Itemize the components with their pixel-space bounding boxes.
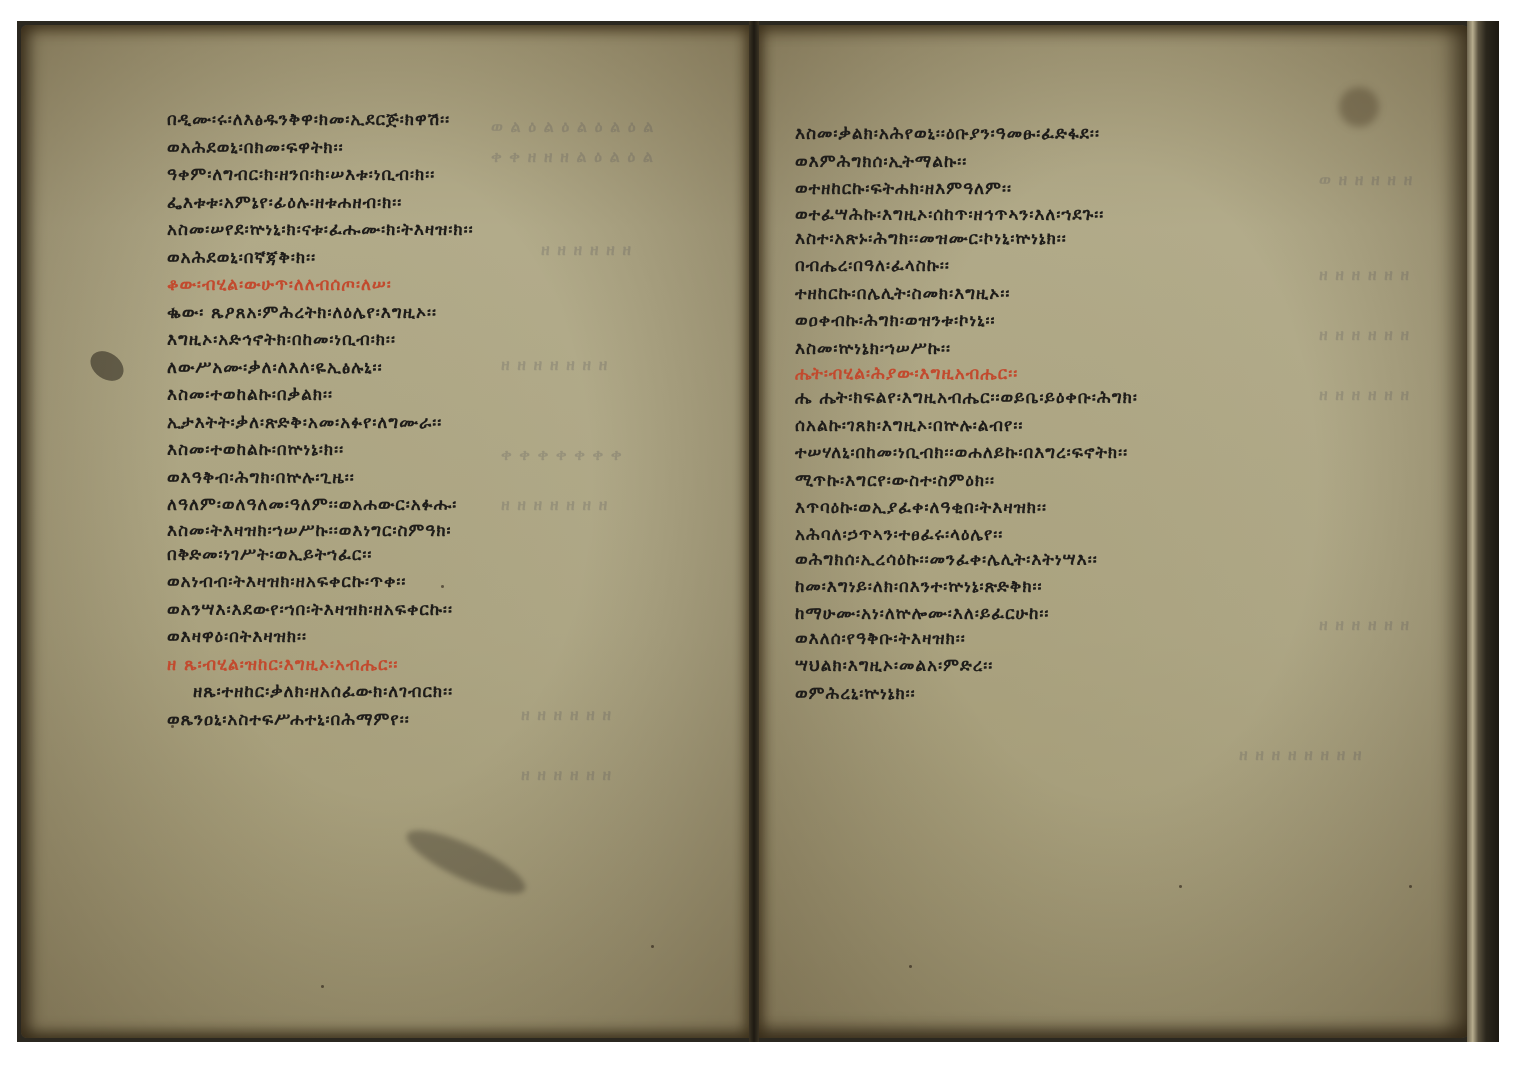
text-line: እስመ፡ትእዛዝክ፡ኀሠሥኩ፡፡ወእነግር፡ስምዓክ፡ xyxy=(167,520,474,542)
text-line: ወአነብብ፡ትእዛዝክ፡ዘአፍቀርኩ፡ጥቀ፡፡ xyxy=(167,569,474,597)
bleed-through-text: ዘ ዘ ዘ ዘ ዘ ዘ xyxy=(1319,325,1410,345)
text-line: ኢታእትት፡ቃለ፡ጽድቅ፡አመ፡አፉየ፡ለግሙራ፡፡ xyxy=(167,410,474,438)
text-line: ወዐቀብኩ፡ሕግክ፡ወዝንቱ፡ኮነኒ፡፡ xyxy=(795,308,1138,336)
text-line: ቈው፡ ጼዖጸአ፡ምሕረትክ፡ለዕሌየ፡እግዚኦ፡፡ xyxy=(167,300,474,328)
bleed-through-text: ዘ ዘ ዘ ዘ ዘ ዘ xyxy=(521,765,612,785)
text-line: በቅድመ፡ነገሥት፡ወኢይትኀፈር፡፡ xyxy=(167,542,474,570)
text-line: ተዘከርኩ፡በሌሊት፡ስመክ፡እግዚኦ፡፡ xyxy=(795,281,1138,309)
rubric-heading: ዘ ጼ፡ብሂል፡ዝከር፡እግዚኦ፡አብሔር፡፡ xyxy=(167,652,474,680)
text-line: ወእለሰ፡የዓቅቡ፡ትእዛዝክ፡፡ xyxy=(795,626,1138,654)
text-line: ለዓለም፡ወለዓለመ፡ዓለም፡፡ወአሐውር፡አፉሑ፡ xyxy=(167,492,474,520)
bleed-through-text: ዘ ዘ ዘ ዘ ዘ ዘ xyxy=(541,240,632,260)
text-line: እስተ፡አጽኑ፡ሕግክ፡፡መዝሙር፡ኮነኒ፡ኵነኔክ፡፡ xyxy=(795,226,1138,254)
text-line: እግዚኦ፡አድኅኖትክ፡በከመ፡ነቢብ፡ክ፡፡ xyxy=(167,327,474,355)
bleed-through-text: ዘ ዘ ዘ ዘ ዘ ዘ ዘ ዘ xyxy=(1239,745,1363,765)
text-line: ዘጼ፡ተዘከር፡ቃለክ፡ዘአሰፈውክ፡ለገብርክ፡፡ xyxy=(167,679,474,707)
text-line: እስመ፡ተወከልኩ፡በቃልክ፡፡ xyxy=(167,382,474,410)
text-line: እጥባዕኩ፡ወኢያፈቀ፡ለዓቂበ፡ትእዛዝክ፡፡ xyxy=(795,495,1138,523)
right-page-text: እስመ፡ቃልክ፡አሕየወኒ፡፡ዕቡያን፡ዓመፁ፡ፈድፋደ፡፡ ወእምሕግክሰ፡ኢ… xyxy=(795,121,1138,708)
text-line: ሚጥኩ፡እግርየ፡ውስተ፡ስምዕክ፡፡ xyxy=(795,468,1138,496)
text-line: ወእዓቅብ፡ሕግክ፡በኵሉ፡ጊዜ፡፡ xyxy=(167,465,474,493)
text-line: ተሠሃለኒ፡በከመ፡ነቢብክ፡፡ወሐለይኩ፡በእግረ፡ፍኖትክ፡፡ xyxy=(795,440,1138,468)
rubric-heading: ቆው፡ብሂል፡ውሁጥ፡ለለብሰጦ፡ለሠ፡ xyxy=(167,272,474,300)
book-edge xyxy=(1467,21,1499,1042)
text-line: ከማሁሙ፡አነ፡ለኵሎሙ፡እለ፡ይፈርሁከ፡፡ xyxy=(795,602,1138,626)
stain-smudge xyxy=(1339,87,1379,127)
bleed-through-text: ቀ ቀ ቀ ቀ ቀ ቀ ቀ xyxy=(501,445,623,465)
bleed-through-text: ወ ል ዕ ል ዕ ል ዕ ል ዕ ል xyxy=(491,117,654,137)
bleed-through-text: ዘ ዘ ዘ ዘ ዘ ዘ ዘ xyxy=(501,495,608,515)
text-line: ወምሕረኒ፡ኵነኔክ፡፡ xyxy=(795,681,1138,709)
bleed-through-text: ዘ ዘ ዘ ዘ ዘ ዘ xyxy=(521,705,612,725)
text-line: ወተዘከርኩ፡ፍትሐክ፡ዘእምዓለም፡፡ xyxy=(795,176,1138,204)
bleed-through-text: ዘ ዘ ዘ ዘ ዘ ዘ xyxy=(1319,265,1410,285)
text-line: አስመ፡ሠየደ፡ኵነኒ፡ክ፡ናቱ፡ፈሑሙ፡ክ፡ትእዛዝ፡ክ፡፡ xyxy=(167,217,474,245)
text-line: በዲሙ፡ሩ፡ለእፅዱንቅዋ፡ክመ፡ኢደርጅ፡ክዋሽ፡፡ xyxy=(167,107,474,135)
text-line: ወአንሣእ፡እደውየ፡ኀበ፡ትእዛዝክ፡ዘአፍቀርኩ፡፡ xyxy=(167,597,474,625)
text-line: ወአሕደወኒ፡በኛጃቅ፡ክ፡፡ xyxy=(167,245,474,273)
bleed-through-text: ዘ ዘ ዘ ዘ ዘ ዘ xyxy=(1319,385,1410,405)
bleed-through-text: ወ ዘ ዘ ዘ ዘ ዘ xyxy=(1319,170,1413,190)
bleed-through-text: ቀ ቀ ዘ ዘ ዘ ል ዕ ል ዕ ል xyxy=(491,147,654,167)
text-line: ዓቀም፡ለግብር፡ክ፡ዘንበ፡ክ፡ሠእቱ፡ነቢብ፡ክ፡፡ xyxy=(167,162,474,190)
bleed-through-text: ዘ ዘ ዘ ዘ ዘ ዘ ዘ xyxy=(501,355,608,375)
text-line: ወአሕደወኒ፡በክመ፡ፍዋትክ፡፡ xyxy=(167,135,474,163)
book-spine xyxy=(749,21,759,1042)
text-line: ፌእቱቱ፡አምኔየ፡ፊዕሉ፡ዘቱሐዘብ፡ክ፡፡ xyxy=(167,190,474,218)
text-line: ለውሥአሙ፡ቃለ፡ለእለ፡ዬኢፅሉኒ፡፡ xyxy=(167,355,474,383)
right-page: ወ ዘ ዘ ዘ ዘ ዘ ዘ ዘ ዘ ዘ ዘ ዘ ዘ ዘ ዘ ዘ ዘ ዘ ዘ ዘ … xyxy=(759,25,1471,1038)
text-line: ከመ፡እግነይ፡ለክ፡በእንተ፡ኵነኔ፡ጽድቅክ፡፡ xyxy=(795,574,1138,602)
text-line: ሣህልክ፡እግዚኦ፡መልአ፡ምድረ፡፡ xyxy=(795,653,1138,681)
rubric-heading: ሔት፡ብሂል፡ሕያው፡እግዚአብሔር፡፡ xyxy=(795,363,1138,385)
text-line: ወሕግክሰ፡ኢረሳዕኩ፡፡መንፈቀ፡ሌሊት፡እትነሣእ፡፡ xyxy=(795,547,1138,575)
text-line: በብሔረ፡በዓለ፡ፈላስኩ፡፡ xyxy=(795,253,1138,281)
text-line: አሕባለ፡ኃጥኣን፡ተፀፈሩ፡ላዕሌየ፡፡ xyxy=(795,523,1138,547)
manuscript-photo: ወ ል ዕ ል ዕ ል ዕ ል ዕ ል ቀ ቀ ዘ ዘ ዘ ል ዕ ል ዕ ል … xyxy=(17,21,1499,1042)
bleed-through-text: ዘ ዘ ዘ ዘ ዘ ዘ xyxy=(1319,615,1410,635)
text-line: ወእምሕግክሰ፡ኢትማልኩ፡፡ xyxy=(795,149,1138,177)
text-line: ወጼንዐኒ፡አስተፍሥሐተኒ፡በሕማምየ፡፡ xyxy=(167,707,474,735)
left-page-text: በዲሙ፡ሩ፡ለእፅዱንቅዋ፡ክመ፡ኢደርጅ፡ክዋሽ፡፡ ወአሕደወኒ፡በክመ፡ፍ… xyxy=(167,107,474,734)
text-line: እስመ፡ኵነኔክ፡ኀሠሥኩ፡፡ xyxy=(795,336,1138,364)
ink-blot xyxy=(85,345,129,387)
text-line: ወተፈሣሕኩ፡እግዚኦ፡ሰከጥ፡ዘኅጥኣን፡እለ፡ኀደጉ፡፡ xyxy=(795,204,1138,226)
text-line: ወእዛዋዕ፡በትእዛዝክ፡፡ xyxy=(167,624,474,652)
text-line: ሔ ሔት፡ክፍልየ፡እግዚአብሔር፡፡ወይቤ፡ይዕቀቡ፡ሕግክ፡ xyxy=(795,385,1138,413)
text-line: እስመ፡ተወከልኩ፡በኵነኔ፡ክ፡፡ xyxy=(167,437,474,465)
left-page: ወ ል ዕ ል ዕ ል ዕ ል ዕ ል ቀ ቀ ዘ ዘ ዘ ል ዕ ል ዕ ል … xyxy=(21,25,749,1038)
stain-smudge xyxy=(400,819,532,905)
text-line: እስመ፡ቃልክ፡አሕየወኒ፡፡ዕቡያን፡ዓመፁ፡ፈድፋደ፡፡ xyxy=(795,121,1138,149)
text-line: ሰአልኩ፡ገጸክ፡እግዚኦ፡በኵሉ፡ልብየ፡፡ xyxy=(795,413,1138,441)
